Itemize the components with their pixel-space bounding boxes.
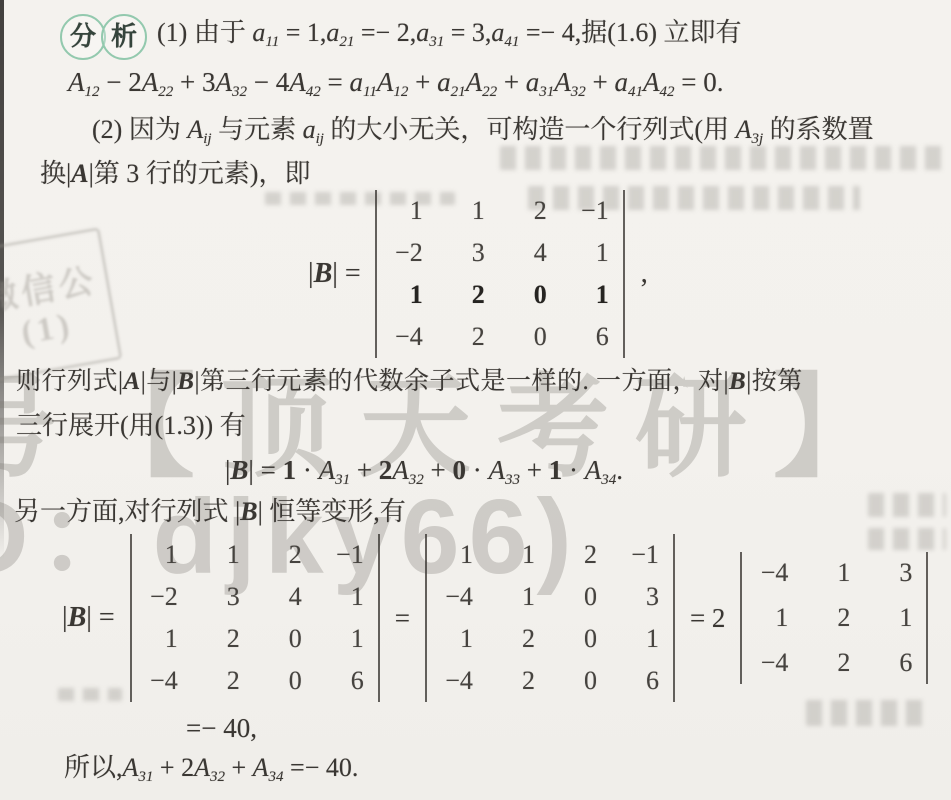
matrix-cell: 1 [577,240,609,266]
matrix-cell: 0 [565,626,597,652]
analysis-badge-char-1: 分 [60,14,106,60]
matrix-cell: 3 [627,584,659,610]
identity-transform-line: 另一方面,对行列式 |B| 恒等变形,有 [14,494,406,530]
matrix-cell: −1 [577,198,609,224]
matrix-cell: −4 [441,668,473,694]
matrix-cell: 1 [503,584,535,610]
matrix-cell: 2 [453,282,485,308]
determinant-step-3: −413121−426 [740,552,928,684]
row-replacement-line: 换|A|第 3 行的元素)，即 [40,156,310,192]
determinant-B-label: |B| = [308,258,361,290]
matrix-cell: 2 [503,626,535,652]
matrix-cell: 0 [565,584,597,610]
determinant-B-definition: |B| = 112−1−23411201−4206 , [308,190,648,358]
equals-two-factor: = 2 [690,603,725,634]
expand-third-row-line: 三行展开(用(1.3)) 有 [16,408,246,444]
matrix-cell: 6 [332,668,364,694]
matrix-cell: 1 [577,282,609,308]
matrix-cell: 1 [818,560,850,586]
determinant-value-line: =− 40, [186,710,257,746]
matrix-cell: 1 [391,282,423,308]
matrix-cell: 1 [503,542,535,568]
matrix-cell: 0 [565,668,597,694]
page-content: 分 析 (1) 由于 a11 = 1,a21 =− 2,a31 = 3,a41 … [0,0,951,800]
matrix-cell: 0 [270,626,302,652]
matrix-cell: 0 [270,668,302,694]
scanned-textbook-page: 号【顶天考研】 D：djky66) 微信公 (1) 分 析 (1) 由于 a11… [0,0,951,800]
determinant-transformation-equation: |B| = 112−1−23411201−4206 = 112−1−410312… [62,534,928,702]
matrix-cell: 1 [453,198,485,224]
analysis-paragraph-line-1: 分 析 (1) 由于 a11 = 1,a21 =− 2,a31 = 3,a41 … [60,14,742,60]
matrix-cell: −4 [756,650,788,676]
matrix-cell: 2 [503,668,535,694]
matrix-cell: 1 [756,605,788,631]
matrix-cell: 0 [515,282,547,308]
determinant-B-label-2: |B| = [62,602,115,634]
part-2-intro-line: (2) 因为 Aij 与元素 aij 的大小无关，可构造一个行列式(用 A3j … [92,112,874,157]
matrix-cell: 2 [208,626,240,652]
matrix-cell: 2 [565,542,597,568]
matrix-cell: 6 [577,324,609,350]
matrix-cell: 2 [818,605,850,631]
trailing-comma: , [641,258,648,290]
determinant-B-matrix: 112−1−23411201−4206 [375,190,625,358]
analysis-line-1-text: (1) 由于 a11 = 1,a21 =− 2,a31 = 3,a41 =− 4… [157,15,742,60]
matrix-cell: 2 [515,198,547,224]
matrix-cell: −2 [391,240,423,266]
matrix-cell: 1 [441,542,473,568]
matrix-cell: 1 [880,605,912,631]
matrix-cell: 1 [332,584,364,610]
determinant-step-1: 112−1−23411201−4206 [130,534,380,702]
matrix-cell: 3 [208,584,240,610]
matrix-cell: 4 [515,240,547,266]
matrix-cell: 3 [453,240,485,266]
matrix-cell: 1 [146,542,178,568]
matrix-cell: 1 [391,198,423,224]
matrix-cell: 2 [208,668,240,694]
matrix-cell: 1 [208,542,240,568]
third-row-cofactor-remark: 则行列式|A|与|B|第三行元素的代数余子式是一样的. 一方面，对|B|按第 [16,364,803,400]
matrix-cell: 0 [515,324,547,350]
analysis-badge: 分 析 [60,14,147,60]
matrix-cell: 1 [332,626,364,652]
matrix-cell: 1 [627,626,659,652]
matrix-cell: −1 [332,542,364,568]
matrix-cell: 2 [270,542,302,568]
matrix-cell: 6 [880,650,912,676]
matrix-cell: 1 [441,626,473,652]
matrix-cell: 2 [453,324,485,350]
matrix-cell: −4 [391,324,423,350]
matrix-cell: 2 [818,650,850,676]
matrix-cell: 1 [146,626,178,652]
matrix-cell: 4 [270,584,302,610]
matrix-cell: −1 [627,542,659,568]
determinant-step-2: 112−1−41031201−4206 [425,534,675,702]
analysis-badge-char-2: 析 [101,14,147,60]
equals-sign: = [395,603,410,634]
conclusion-line: 所以,A31 + 2A32 + A34 =− 40. [64,750,358,795]
cofactor-identity-equation: A12 − 2A22 + 3A32 − 4A42 = a11A12 + a21A… [68,64,724,110]
matrix-cell: 6 [627,668,659,694]
matrix-cell: −4 [756,560,788,586]
matrix-cell: −4 [441,584,473,610]
cofactor-expansion-equation: |B| = 1 · A31 + 2A32 + 0 · A33 + 1 · A34… [225,452,623,498]
matrix-cell: −4 [146,668,178,694]
matrix-cell: −2 [146,584,178,610]
matrix-cell: 3 [880,560,912,586]
